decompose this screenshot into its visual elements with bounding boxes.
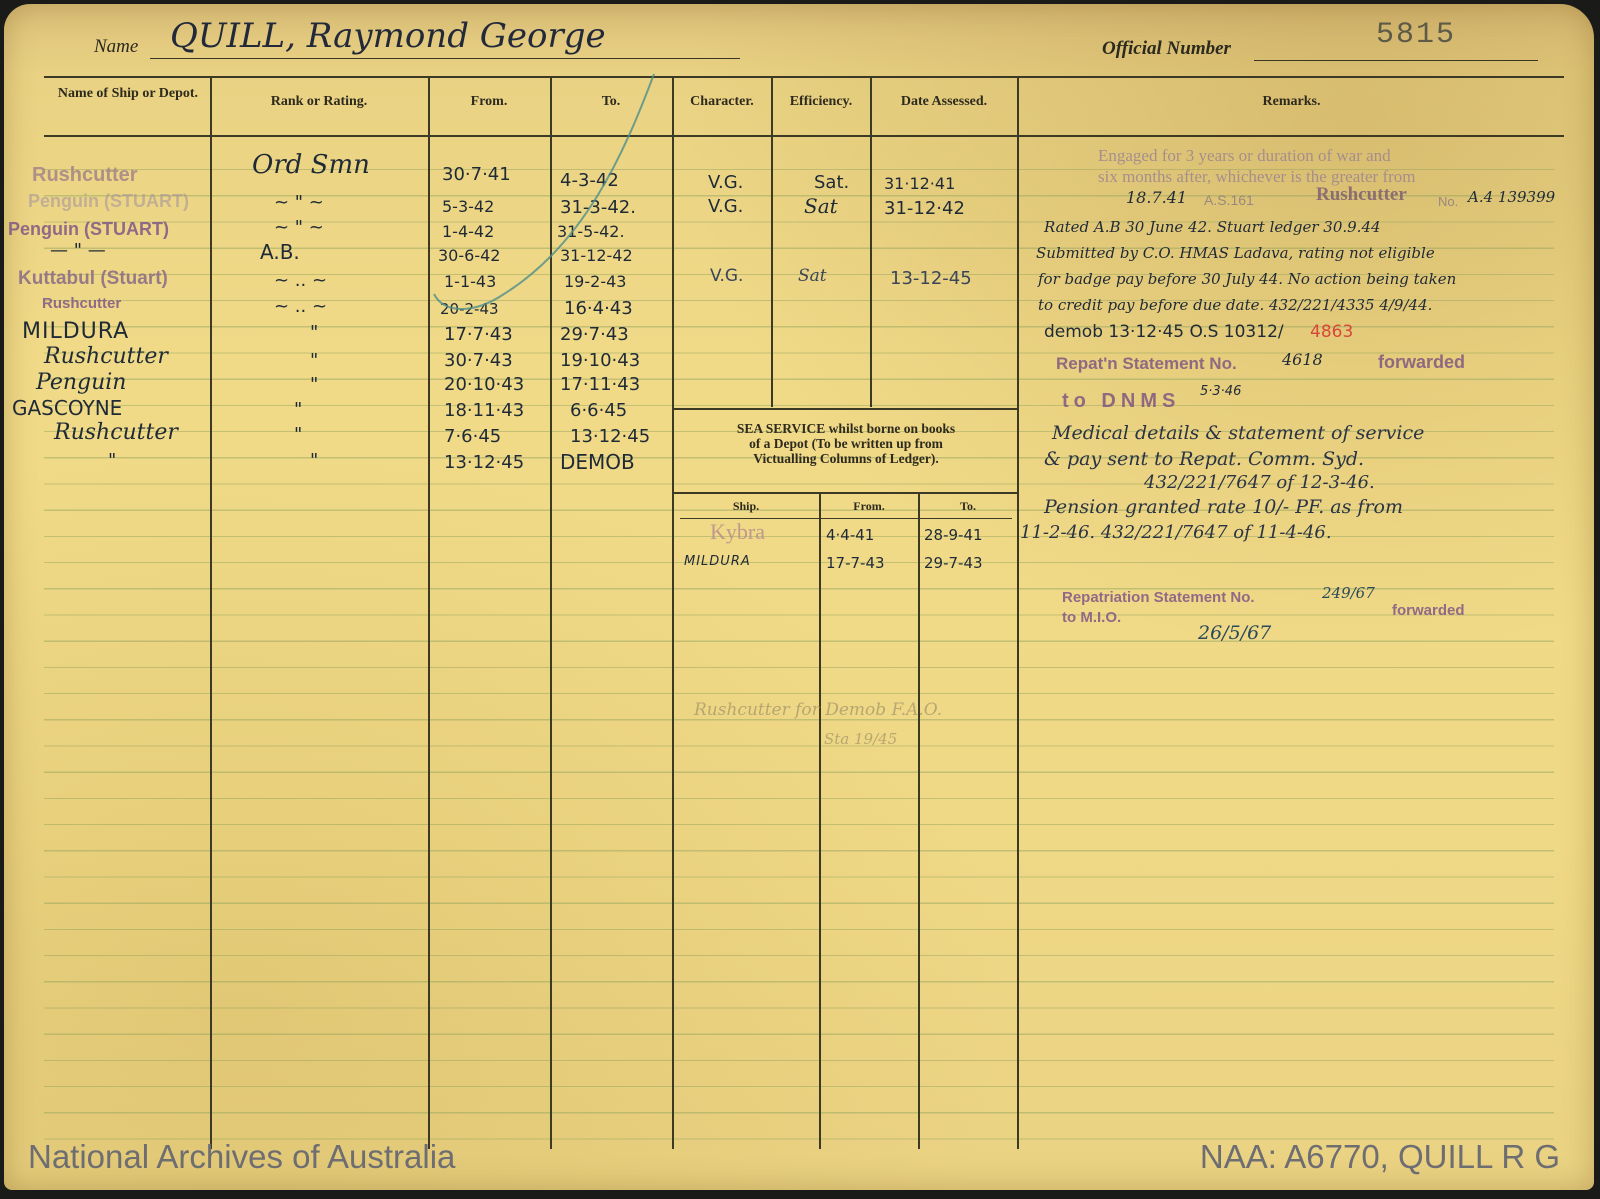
sea-col-divider xyxy=(918,494,920,1149)
engaged-form: A.S.161 xyxy=(1204,192,1254,208)
sea-service-note: Rushcutter for Demob F.A.O. xyxy=(694,700,942,720)
ship-name: — " — xyxy=(50,240,106,261)
sea-col-divider xyxy=(819,494,821,1149)
sea-col-ship: Ship. xyxy=(674,499,818,514)
rank: ~ " ~ xyxy=(274,217,324,238)
repat-to: to DNMS xyxy=(1062,390,1180,413)
rank: ~ .. ~ xyxy=(274,270,327,291)
archive-watermark: National Archives of Australia xyxy=(28,1138,455,1176)
character: V.G. xyxy=(708,172,743,193)
col-divider xyxy=(1017,77,1019,1149)
engaged-no-label: No. xyxy=(1438,194,1458,209)
demob-number-red: 4863 xyxy=(1310,322,1353,342)
pencil-stroke xyxy=(424,64,664,324)
repat-to: to M.I.O. xyxy=(1062,609,1121,626)
column-header-rank: Rank or Rating. xyxy=(212,94,426,110)
to-date: 17·11·43 xyxy=(560,374,640,395)
ship-name: Rushcutter xyxy=(32,164,138,187)
col-divider xyxy=(870,77,872,407)
name-value: QUILL, Raymond George xyxy=(170,16,606,56)
ship-name: Penguin xyxy=(36,370,126,395)
repat-forwarded: forwarded xyxy=(1392,602,1465,619)
sea-to: 29-7-43 xyxy=(924,554,983,572)
rank: A.B. xyxy=(260,240,300,264)
ship-name: Penguin (STUART) xyxy=(8,219,169,240)
from-date: 30·7·43 xyxy=(444,350,513,371)
repat-date: 5·3·46 xyxy=(1200,384,1241,399)
column-header-efficiency: Efficiency. xyxy=(773,94,869,110)
service-record-card: Name QUILL, Raymond George Official Numb… xyxy=(4,4,1594,1190)
rank: Ord Smn xyxy=(252,150,370,180)
rank: " xyxy=(310,450,318,471)
ship-name: Penguin (STUART) xyxy=(28,191,189,212)
engaged-depot: Rushcutter xyxy=(1316,184,1407,206)
rank: ~ .. ~ xyxy=(274,296,327,317)
repat-stamp: Repatriation Statement No. xyxy=(1062,589,1255,606)
remark-note: for badge pay before 30 July 44. No acti… xyxy=(1038,270,1456,288)
remark-note: to credit pay before due date. 432/221/4… xyxy=(1038,296,1432,314)
header-top-rule xyxy=(44,76,1564,78)
sea-to: 28-9-41 xyxy=(924,526,983,544)
repat-number: 249/67 xyxy=(1322,584,1375,602)
ship-name: GASCOYNE xyxy=(12,396,122,420)
col-divider xyxy=(672,77,674,1149)
from-date: 7·6·45 xyxy=(444,426,501,447)
sea-from: 4·4-41 xyxy=(826,526,874,544)
header-bottom-rule xyxy=(44,135,1564,137)
ruled-lines xyxy=(44,144,1554,1144)
sea-service-title-line: of a Depot (To be written up from xyxy=(676,436,1016,451)
official-number-underline xyxy=(1254,60,1538,61)
column-header-ship: Name of Ship or Depot. xyxy=(48,86,208,101)
medical-note: Medical details & statement of service xyxy=(1052,422,1424,444)
column-header-date-assessed: Date Assessed. xyxy=(872,94,1016,110)
date-assessed: 31-12·42 xyxy=(884,198,965,219)
engaged-date: 18.7.41 xyxy=(1126,188,1187,207)
rank: " xyxy=(310,322,318,343)
medical-note: 11-2-46. 432/221/7647 of 11-4-46. xyxy=(1020,522,1332,543)
rank: " xyxy=(310,374,318,395)
character: V.G. xyxy=(710,266,743,286)
remark-note: Rated A.B 30 June 42. Stuart ledger 30.9… xyxy=(1044,218,1381,236)
medical-note: 432/221/7647 of 12-3-46. xyxy=(1144,472,1375,493)
medical-note: & pay sent to Repat. Comm. Syd. xyxy=(1044,448,1364,470)
sea-service-note: Sta 19/45 xyxy=(824,730,897,748)
rank: ~ " ~ xyxy=(274,192,324,213)
to-date: 19·10·43 xyxy=(560,350,640,371)
efficiency: Sat xyxy=(804,194,838,218)
to-date: 6·6·45 xyxy=(570,400,627,421)
sea-service-title-line: Victualling Columns of Ledger). xyxy=(676,451,1016,466)
ship-name: Rushcutter xyxy=(42,295,121,312)
from-date: 20·10·43 xyxy=(444,374,524,395)
repat-stamp: Repat'n Statement No. xyxy=(1056,354,1237,374)
ship-name: Kuttabul (Stuart) xyxy=(18,268,168,290)
ship-name: Rushcutter xyxy=(54,420,178,445)
official-number-value: 5815 xyxy=(1376,18,1456,52)
efficiency: Sat xyxy=(798,266,827,286)
demob-line: demob 13·12·45 O.S 10312/ xyxy=(1044,322,1284,342)
from-date: 13·12·45 xyxy=(444,452,524,473)
to-date: 29·7·43 xyxy=(560,324,629,345)
sea-col-from: From. xyxy=(820,499,918,514)
from-date: 17·7·43 xyxy=(444,324,513,345)
column-header-character: Character. xyxy=(674,94,770,110)
sea-service-title: SEA SERVICE whilst borne on books of a D… xyxy=(676,421,1016,466)
to-date: DEMOB xyxy=(560,450,635,474)
character: V.G. xyxy=(708,196,743,217)
from-date: 18·11·43 xyxy=(444,400,524,421)
column-header-remarks: Remarks. xyxy=(1019,94,1564,110)
medical-note: Pension granted rate 10/- PF. as from xyxy=(1044,496,1403,518)
sea-ship: MILDURA xyxy=(684,554,751,569)
engaged-number: A.4 139399 xyxy=(1468,188,1555,206)
rank: " xyxy=(310,350,318,371)
remark-note: Submitted by C.O. HMAS Ladava, rating no… xyxy=(1036,244,1435,262)
name-underline xyxy=(150,58,740,59)
sea-col-to: To. xyxy=(919,499,1017,514)
official-number-label: Official Number xyxy=(1102,38,1231,60)
sea-service-top-rule xyxy=(673,408,1017,410)
rank: " xyxy=(294,424,302,445)
date-assessed: 13-12-45 xyxy=(890,268,972,289)
name-label: Name xyxy=(94,36,138,58)
sea-service-title-line: SEA SERVICE whilst borne on books xyxy=(676,421,1016,436)
repat-forwarded: forwarded xyxy=(1378,352,1465,373)
date-assessed: 31·12·41 xyxy=(884,174,955,193)
sea-from: 17-7-43 xyxy=(826,554,885,572)
ship-name: " xyxy=(108,450,116,471)
sea-ship: Kybra xyxy=(710,519,765,545)
col-divider xyxy=(210,77,212,1149)
to-date: 13·12·45 xyxy=(570,426,650,447)
sea-service-mid-rule xyxy=(673,492,1017,494)
repat-number: 4618 xyxy=(1282,350,1323,369)
repat-date: 26/5/67 xyxy=(1198,622,1271,644)
ship-name: Rushcutter xyxy=(44,344,168,369)
engaged-line: Engaged for 3 years or duration of war a… xyxy=(1098,146,1391,166)
ship-name: MILDURA xyxy=(22,319,129,344)
efficiency: Sat. xyxy=(814,172,849,193)
rank: " xyxy=(294,399,302,420)
col-divider xyxy=(771,77,773,407)
archive-reference: NAA: A6770, QUILL R G xyxy=(1200,1138,1560,1176)
